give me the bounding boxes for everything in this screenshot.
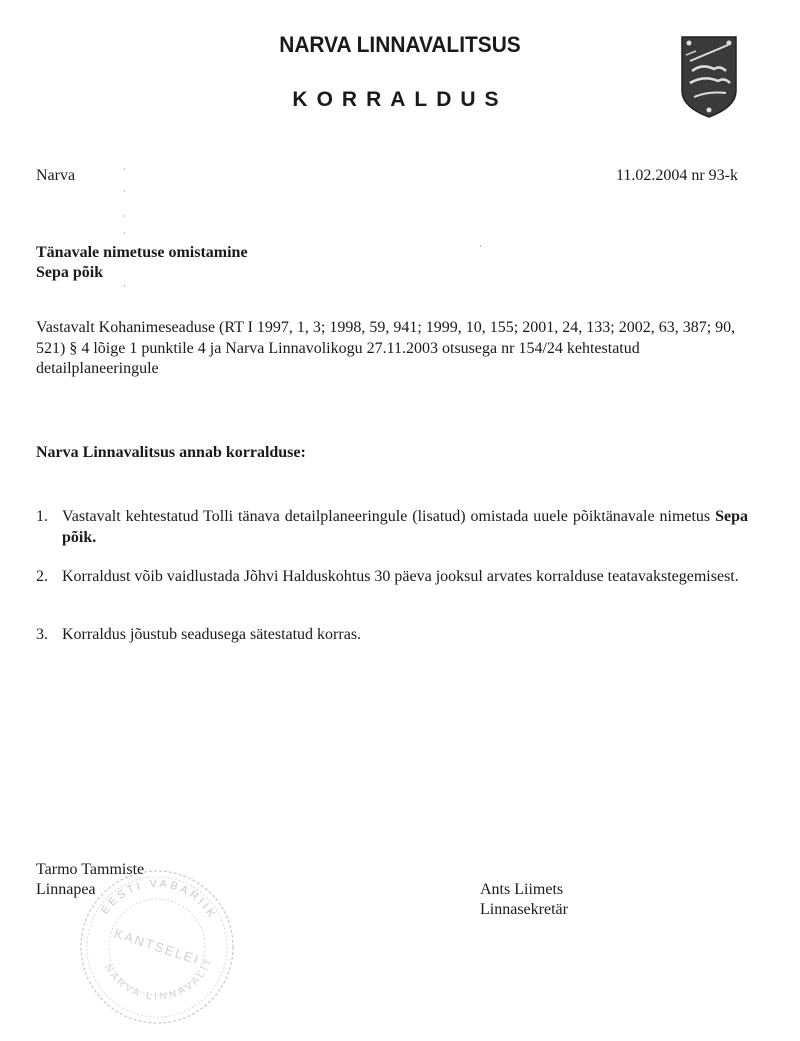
- document-date-number: 11.02.2004 nr 93-k: [616, 167, 738, 185]
- subject-line-1: Tänavale nimetuse omistamine: [36, 243, 248, 263]
- subject-line-2: Sepa põik: [36, 263, 248, 283]
- scan-speck: [124, 285, 125, 287]
- item-number: 2.: [36, 567, 60, 588]
- decision-item: 3. Korraldus jõustub seadusega sätestatu…: [36, 625, 748, 646]
- document-subject: Tänavale nimetuse omistamine Sepa põik: [36, 243, 248, 283]
- decision-item: 2. Korraldust võib vaidlustada Jõhvi Hal…: [36, 567, 748, 588]
- decision-item: 1. Vastavalt kehtestatud Tolli tänava de…: [36, 507, 748, 548]
- stamp-text-center: KANTSELEI: [112, 926, 202, 968]
- narva-coat-of-arms-icon: [680, 35, 738, 119]
- signer-name: Ants Liimets: [480, 880, 568, 900]
- signer-name: Tarmo Tammiste: [36, 860, 144, 880]
- item-text: Vastavalt kehtestatud Tolli tänava detai…: [62, 508, 715, 525]
- signer-title: Linnapea: [36, 880, 144, 900]
- decision-heading: Narva Linnavalitsus annab korralduse:: [36, 444, 306, 462]
- scan-speck: [124, 190, 125, 192]
- scan-speck: [124, 232, 125, 234]
- signature-mayor: Tarmo Tammiste Linnapea: [36, 860, 144, 900]
- item-text: Korraldust võib vaidlustada Jõhvi Haldus…: [62, 567, 748, 588]
- item-number: 3.: [36, 625, 60, 646]
- organization-name: NARVA LINNAVALITSUS: [20, 32, 780, 58]
- signature-secretary: Ants Liimets Linnasekretär: [480, 880, 568, 920]
- scan-speck: [124, 215, 125, 217]
- document-place: Narva: [36, 167, 75, 185]
- scan-speck: [480, 245, 481, 247]
- signer-title: Linnasekretär: [480, 900, 568, 920]
- scan-speck: [124, 168, 125, 170]
- preamble-paragraph: Vastavalt Kohanimeseaduse (RT I 1997, 1,…: [36, 318, 758, 380]
- item-text: Korraldus jõustub seadusega sätestatud k…: [62, 625, 748, 646]
- item-number: 1.: [36, 507, 60, 528]
